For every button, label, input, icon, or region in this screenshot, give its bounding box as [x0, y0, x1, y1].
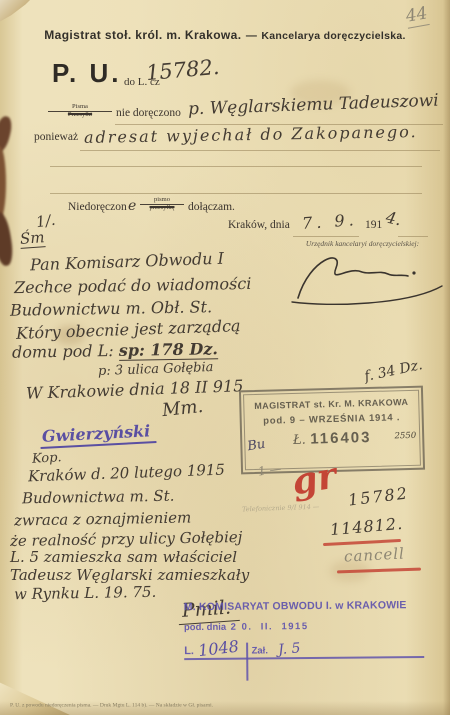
recipient-handwritten: p. Węglarskiemu Tadeuszowi	[188, 91, 439, 120]
blank-line-1	[50, 166, 422, 167]
document-page: Magistrat stoł. król. m. Krakowa. — Kanc…	[0, 0, 450, 715]
e-handwritten: e	[128, 198, 136, 214]
footer-imprint: P. U. z powodu niedoręczenia pisma. — Dr…	[10, 703, 213, 709]
nie-doreczono-label: nie doręczono	[116, 107, 181, 119]
case-number-handwritten: 15782.	[145, 55, 220, 85]
margin-number-mid: 114812.	[329, 514, 404, 539]
note1-line7: p: 3 ulica Gołębia	[98, 360, 214, 379]
word-przesylke-struck: przesyłkę	[140, 204, 184, 212]
corner-page-number: 44	[405, 3, 430, 28]
paper-tear-left-3	[0, 211, 15, 267]
clerk-signature-flourish	[290, 246, 445, 308]
year-printed: 191	[365, 219, 382, 231]
header-title: Magistrat stoł. król. m. Krakowa.	[44, 28, 241, 42]
note1-line2: Pan Komisarz Obwodu I	[30, 249, 225, 275]
note1-line3: Zechce podać do wiadomości	[14, 274, 252, 297]
magistrat-stamp-initials: Bu	[246, 437, 266, 455]
word-choice-pismo: pismo przesyłkę	[140, 197, 184, 212]
margin-pencil-faint: Telefonicznie 9/I 914 —	[242, 503, 320, 514]
above-stamp-note: f. 34 Dz.	[363, 357, 424, 385]
komisaryat-stamp: M. KOMISARYAT OBWODU I. w KRAKOWIE pod. …	[184, 599, 447, 665]
paper-tear-left-2	[0, 146, 6, 220]
paper-tear-left-1	[0, 115, 14, 154]
dolaczam-label: dołączam.	[188, 201, 235, 213]
note1-line6-prefix: domu pod L:	[12, 341, 119, 362]
komisaryat-stamp-date: 2 0. II. 1915	[231, 621, 309, 633]
word-pisma: Pisma	[48, 104, 112, 111]
baseline-year	[398, 236, 428, 237]
note2-line-4: że realność przy ulicy Gołębiej	[10, 528, 243, 550]
word-pismo: pismo	[140, 197, 184, 204]
header-dash: —	[246, 30, 257, 42]
niedoreczon-label: Niedoręczon	[68, 201, 127, 213]
note2-line-0: Kop.	[32, 450, 62, 467]
year-handwritten: 4.	[384, 208, 403, 230]
margin-dash: 1 —	[257, 461, 282, 478]
note1-line6: domu pod L: sp: 178 Dz.	[12, 339, 218, 362]
note1-signature: Mm.	[161, 396, 204, 421]
margin-cancel-note: cancell	[344, 544, 406, 565]
header-subtitle: Kancelarya doręczycielska.	[261, 30, 405, 42]
magistrat-stamp-extra: 2550	[394, 431, 416, 442]
date-handwritten: 7. 9.	[301, 210, 358, 233]
komisaryat-stamp-tick	[246, 643, 248, 681]
note2-line-7: w Rynku L. 19. 75.	[14, 583, 157, 603]
komisaryat-stamp-l-label: L.	[184, 645, 194, 657]
komisaryat-stamp-date-label: pod. dnia	[184, 622, 226, 633]
purple-name-note: Gwierzyński	[40, 421, 157, 449]
blank-line-2	[50, 193, 422, 194]
word-przesylki-struck: Przesyłki	[48, 111, 112, 119]
note2-line-3: zwraca z oznajmieniem	[14, 508, 192, 529]
poniewaz-label: ponieważ	[34, 131, 78, 143]
note2-line-5: L. 5 zamieszka sam właściciel	[10, 548, 237, 566]
komisaryat-stamp-zal-label: Zał.	[252, 645, 268, 656]
baseline-date	[293, 236, 359, 237]
note1-line8: W Krakowie dnia 18 II 915	[26, 376, 244, 403]
note1-line4: Budownictwu m. Obł. St.	[10, 297, 212, 320]
komisaryat-stamp-zal-value: J. 5	[278, 640, 302, 658]
paper-tear-top-left	[0, 0, 40, 26]
word-choice-pisma: Pisma Przesyłki	[48, 104, 112, 119]
baseline-reason	[80, 150, 440, 151]
city-date-label: Kraków, dnia	[228, 219, 290, 231]
pu-label: P. U.	[52, 58, 121, 89]
note1-line1: Śm	[19, 228, 45, 249]
note2-line-6: Tadeusz Węglarski zamieszkały	[10, 566, 249, 584]
note1-line6-underlined: sp: 178 Dz.	[119, 339, 219, 361]
red-gr-mark: gr	[289, 454, 340, 503]
margin-number-top: 15782	[347, 483, 410, 509]
komisaryat-stamp-line1: M. KOMISARYAT OBWODU I. w KRAKOWIE	[184, 599, 446, 613]
komisaryat-stamp-number: 1048	[197, 637, 240, 660]
reason-handwritten: adresat wyjechał do Zakopanego.	[84, 122, 418, 147]
document-header: Magistrat stoł. król. m. Krakowa. — Kanc…	[0, 26, 450, 44]
note2-line-2: Budownictwa m. St.	[22, 487, 175, 508]
